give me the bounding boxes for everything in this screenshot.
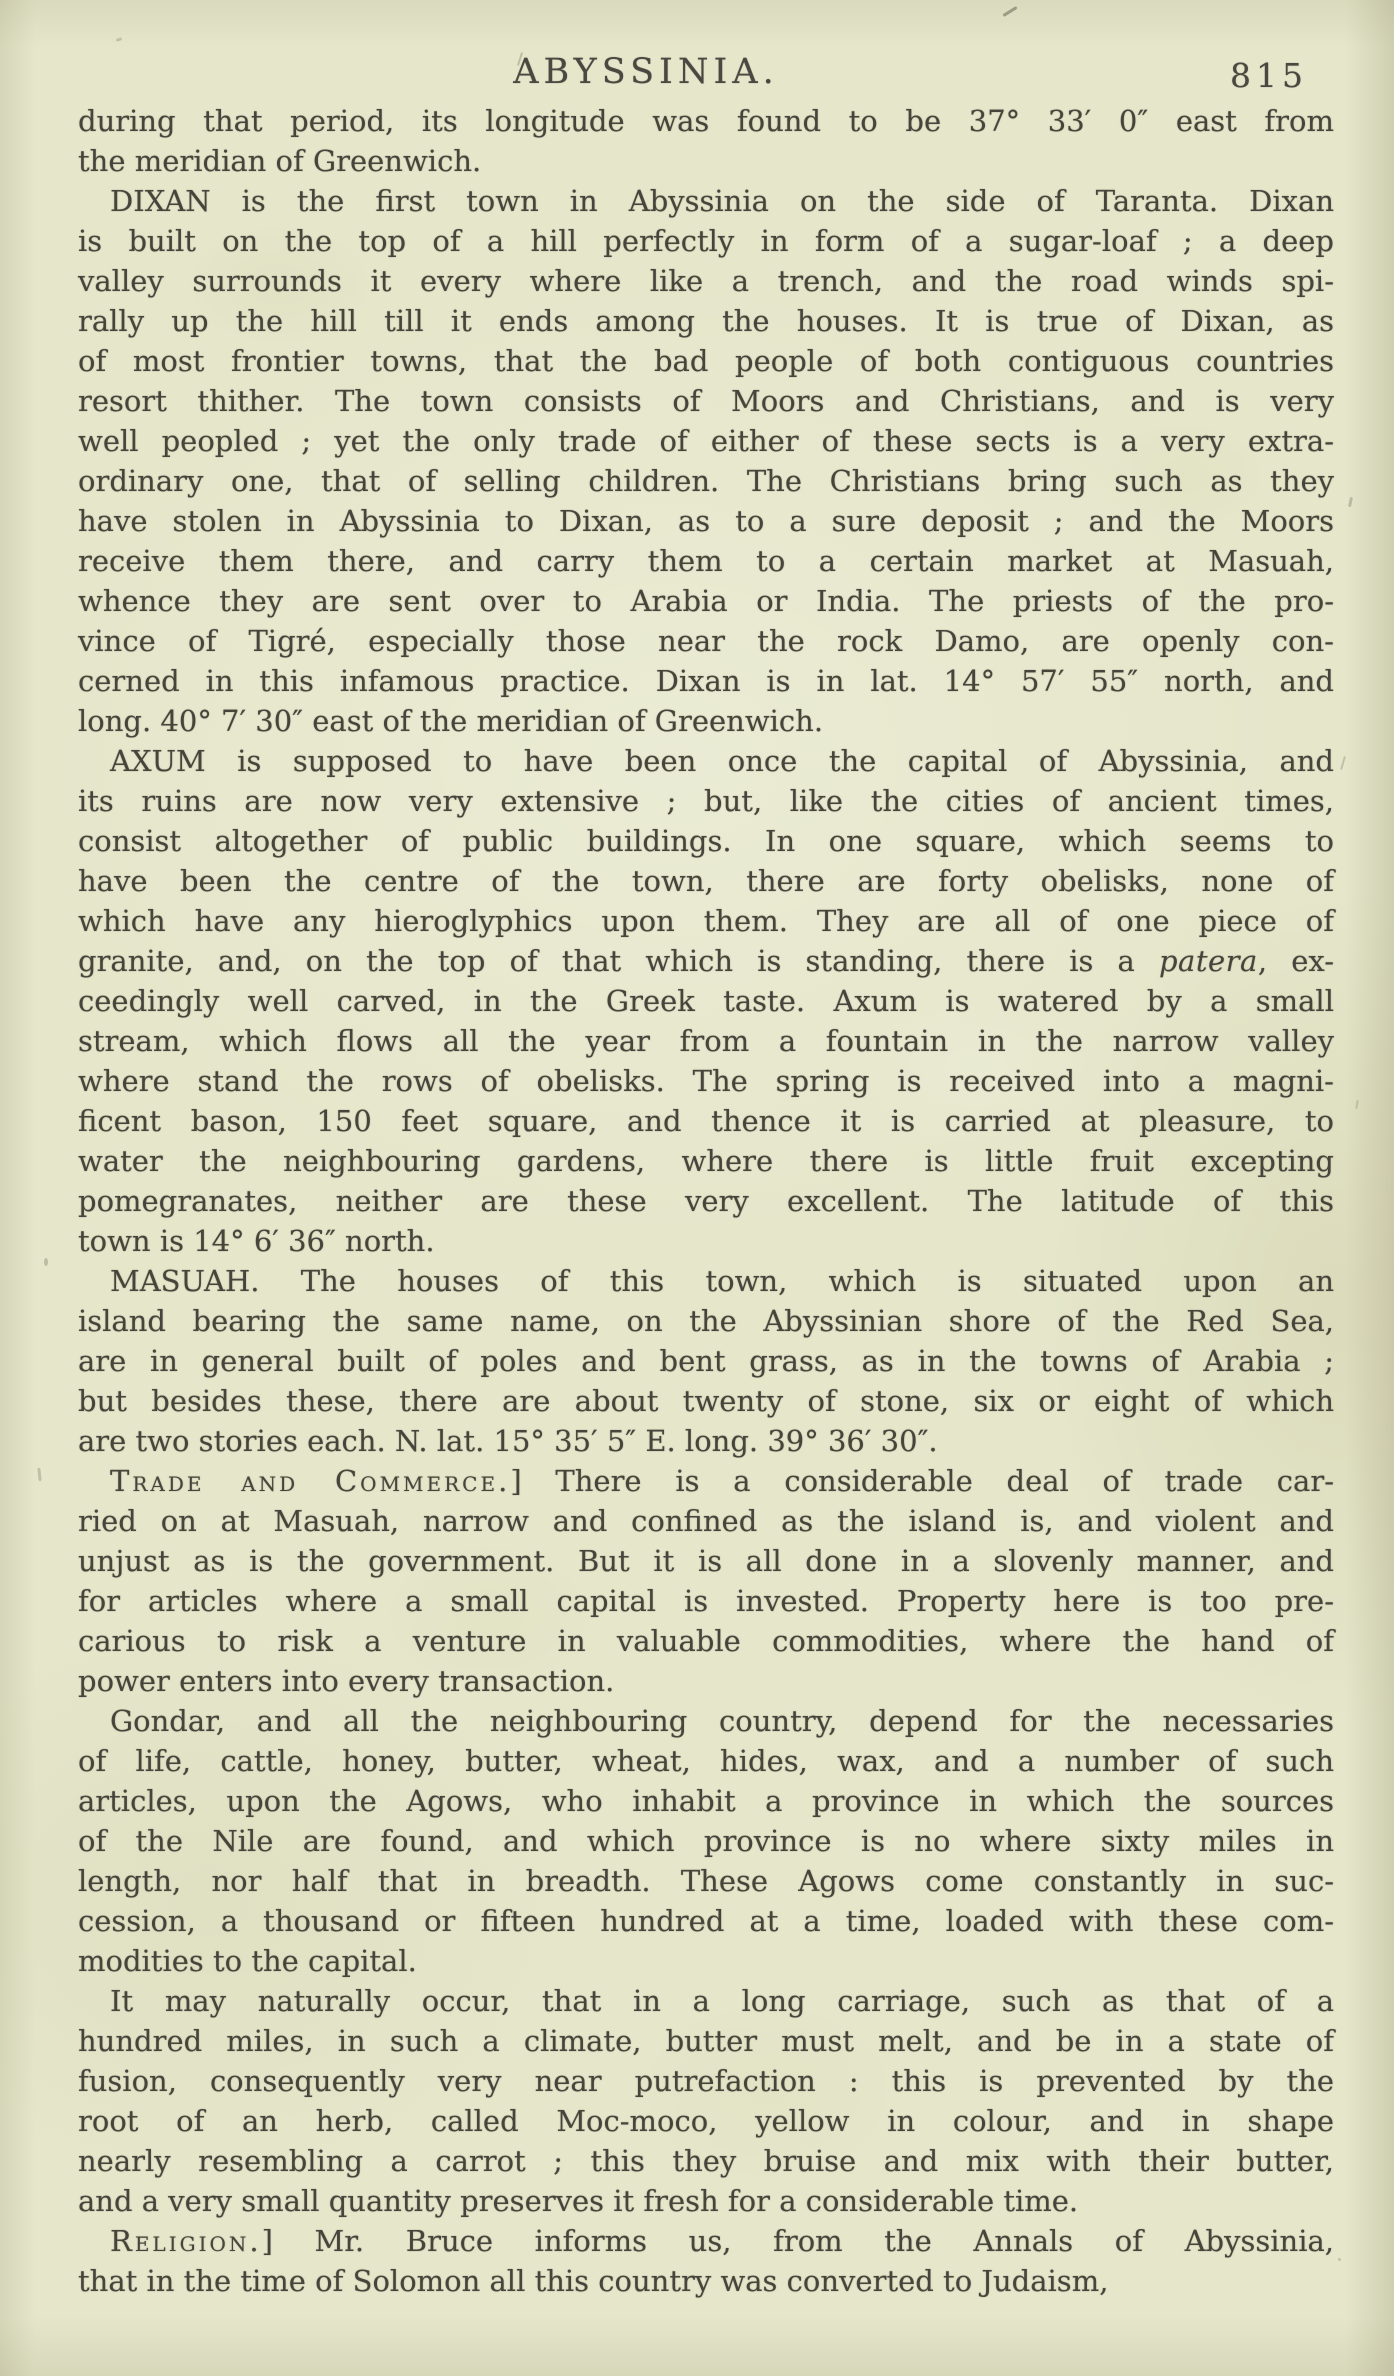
scan-speck xyxy=(1002,6,1017,17)
text-line: Trade and Commerce.] There is a consider… xyxy=(78,1461,1334,1501)
scan-speck xyxy=(44,1258,48,1266)
text-line: that in the time of Solomon all this cou… xyxy=(78,2261,1334,2301)
text-line: granite, and, on the top of that which i… xyxy=(78,941,1334,981)
text-line: root of an herb, called Moc-moco, yellow… xyxy=(78,2101,1334,2141)
text-line: which have any hieroglyphics upon them. … xyxy=(78,901,1334,941)
scan-speck xyxy=(1340,756,1346,770)
text-line: cession, a thousand or fifteen hundred a… xyxy=(78,1901,1334,1941)
page-header: ABYSSINIA. 815 xyxy=(78,52,1334,98)
text-line: and a very small quantity preserves it f… xyxy=(78,2181,1334,2221)
text-line: is built on the top of a hill perfectly … xyxy=(78,221,1334,261)
text-line: rally up the hill till it ends among the… xyxy=(78,301,1334,341)
scan-speck xyxy=(1348,497,1353,507)
text-line: ficent bason, 150 feet square, and thenc… xyxy=(78,1101,1334,1141)
text-line: consist altogether of public buildings. … xyxy=(78,821,1334,861)
text-line: have stolen in Abyssinia to Dixan, as to… xyxy=(78,501,1334,541)
text-line: unjust as is the government. But it is a… xyxy=(78,1541,1334,1581)
text-line: valley surrounds it every where like a t… xyxy=(78,261,1334,301)
text-line: long. 40° 7′ 30″ east of the meridian of… xyxy=(78,701,1334,741)
text-line: well peopled ; yet the only trade of eit… xyxy=(78,421,1334,461)
text-line: are in general built of poles and bent g… xyxy=(78,1341,1334,1381)
text-line: ried on at Masuah, narrow and confined a… xyxy=(78,1501,1334,1541)
page-text: during that period, its longitude was fo… xyxy=(78,101,1334,2301)
page-number: 815 xyxy=(1230,56,1308,95)
text-line: its ruins are now very extensive ; but, … xyxy=(78,781,1334,821)
scan-speck xyxy=(37,1468,41,1481)
text-line: carious to risk a venture in valuable co… xyxy=(78,1621,1334,1661)
text-line: DIXAN is the first town in Abyssinia on … xyxy=(78,181,1334,221)
scan-speck xyxy=(1338,2258,1341,2261)
text-line: of the Nile are found, and which provinc… xyxy=(78,1821,1334,1861)
text-line: modities to the capital. xyxy=(78,1941,1334,1981)
scan-speck xyxy=(116,37,123,42)
text-line: articles, upon the Agows, who inhabit a … xyxy=(78,1781,1334,1821)
text-line: the meridian of Greenwich. xyxy=(78,141,1334,181)
scan-speck xyxy=(1355,1100,1359,1109)
book-page: ABYSSINIA. 815 during that period, its l… xyxy=(0,0,1394,2376)
text-line: for articles where a small capital is in… xyxy=(78,1581,1334,1621)
text-line: hundred miles, in such a climate, butter… xyxy=(78,2021,1334,2061)
text-line: receive them there, and carry them to a … xyxy=(78,541,1334,581)
text-line: during that period, its longitude was fo… xyxy=(78,101,1334,141)
text-line: of life, cattle, honey, butter, wheat, h… xyxy=(78,1741,1334,1781)
text-line: fusion, consequently very near putrefact… xyxy=(78,2061,1334,2101)
text-line: ordinary one, that of selling children. … xyxy=(78,461,1334,501)
text-line: AXUM is supposed to have been once the c… xyxy=(78,741,1334,781)
text-line: power enters into every transaction. xyxy=(78,1661,1334,1701)
text-line: town is 14° 6′ 36″ north. xyxy=(78,1221,1334,1261)
text-line: vince of Tigré, especially those near th… xyxy=(78,621,1334,661)
text-line: but besides these, there are about twent… xyxy=(78,1381,1334,1421)
text-line: whence they are sent over to Arabia or I… xyxy=(78,581,1334,621)
text-line: have been the centre of the town, there … xyxy=(78,861,1334,901)
text-line: where stand the rows of obelisks. The sp… xyxy=(78,1061,1334,1101)
text-line: cerned in this infamous practice. Dixan … xyxy=(78,661,1334,701)
text-line: ceedingly well carved, in the Greek tast… xyxy=(78,981,1334,1021)
text-line: Religion.] Mr. Bruce informs us, from th… xyxy=(78,2221,1334,2261)
text-line: pomegranates, neither are these very exc… xyxy=(78,1181,1334,1221)
text-line: nearly resembling a carrot ; this they b… xyxy=(78,2141,1334,2181)
text-line: water the neighbouring gardens, where th… xyxy=(78,1141,1334,1181)
text-line: length, nor half that in breadth. These … xyxy=(78,1861,1334,1901)
text-line: Gondar, and all the neighbouring country… xyxy=(78,1701,1334,1741)
text-line: It may naturally occur, that in a long c… xyxy=(78,1981,1334,2021)
text-line: are two stories each. N. lat. 15° 35′ 5″… xyxy=(78,1421,1334,1461)
text-line: stream, which flows all the year from a … xyxy=(78,1021,1334,1061)
text-line: resort thither. The town consists of Moo… xyxy=(78,381,1334,421)
text-line: MASUAH. The houses of this town, which i… xyxy=(78,1261,1334,1301)
text-line: island bearing the same name, on the Aby… xyxy=(78,1301,1334,1341)
running-title: ABYSSINIA. xyxy=(78,52,1214,92)
text-line: of most frontier towns, that the bad peo… xyxy=(78,341,1334,381)
